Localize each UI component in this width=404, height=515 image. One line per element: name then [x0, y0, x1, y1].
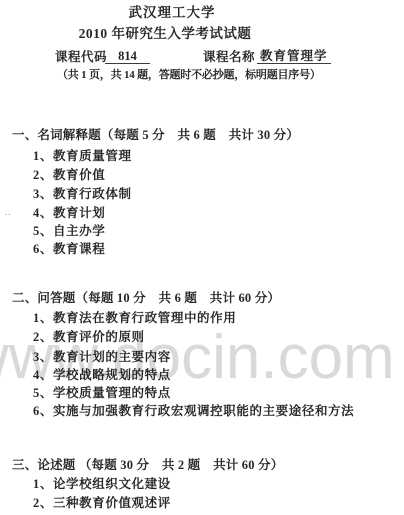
- question-item: 1、教育法在教育行政管理中的作用: [33, 311, 236, 325]
- question-item: 6、教育课程: [33, 242, 105, 256]
- question-item: 2、教育评价的原则: [33, 330, 145, 344]
- question-item: 3、教育计划的主要内容: [33, 350, 171, 364]
- question-item: 3、教育行政体制: [33, 187, 132, 201]
- section-3-heading: 三、论述题 （每题 30 分 共 2 题 共计 60 分）: [12, 458, 283, 472]
- course-code-label: 课程代码: [55, 50, 107, 64]
- question-item: 2、教育价值: [33, 168, 105, 182]
- section-1-heading: 一、名词解释题（每题 5 分 共 6 题 共计 30 分）: [12, 128, 299, 142]
- question-item: 1、论学校组织文化建设: [33, 477, 171, 491]
- question-item: 2、三种教育价值观述评: [33, 496, 171, 510]
- question-item: 4、教育计划: [33, 206, 105, 220]
- course-code-value: 814: [105, 49, 150, 64]
- question-item: 4、学校战略规划的特点: [33, 368, 171, 382]
- question-item: 1、教育质量管理: [33, 149, 132, 163]
- exam-title: 2010 年研究生入学考试试题: [0, 26, 330, 42]
- exam-paper-page: www.docin.com 武汉理工大学 2010 年研究生入学考试试题 课程代…: [0, 0, 404, 515]
- exam-instructions: （共 1 页，共 14 题，答题时不必抄题，标明题目序号）: [57, 69, 321, 82]
- scan-artifact: ..: [5, 207, 12, 217]
- course-name-value: 教育管理学: [257, 49, 331, 64]
- university-name: 武汉理工大学: [0, 5, 344, 21]
- section-2-heading: 二、问答题（每题 10 分 共 6 题 共计 60 分）: [12, 291, 280, 305]
- course-name-label: 课程名称: [203, 50, 255, 64]
- question-item: 5、自主办学: [33, 224, 105, 238]
- question-item: 5、学校质量管理的特点: [33, 386, 171, 400]
- question-item: 6、实施与加强教育行政宏观调控职能的主要途径和方法: [33, 404, 354, 418]
